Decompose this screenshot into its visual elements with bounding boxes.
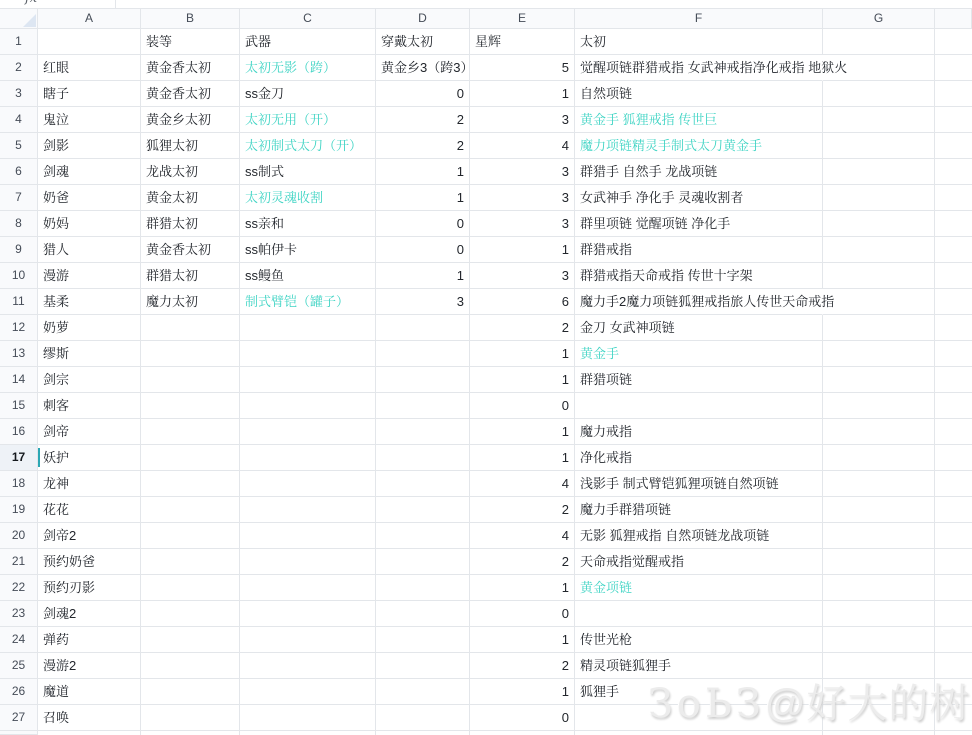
- cell-C23-weapon[interactable]: [240, 601, 376, 627]
- cell-C3-weapon[interactable]: ss金刀: [240, 81, 376, 107]
- cell-E16-star[interactable]: 1: [470, 419, 575, 445]
- cell-D25-wear[interactable]: [376, 653, 470, 679]
- row-header-20[interactable]: 20: [0, 523, 38, 549]
- cell-E18-star[interactable]: 4: [470, 471, 575, 497]
- column-header-A[interactable]: A: [38, 9, 141, 29]
- cell-G22[interactable]: [823, 575, 935, 601]
- cell-D3-wear[interactable]: 0: [376, 81, 470, 107]
- cell-B2-gear[interactable]: 黄金香太初: [141, 55, 240, 81]
- cell-D2-wear[interactable]: 黄金乡3（跨3）: [376, 55, 470, 81]
- table-row: 23剑魂20: [0, 601, 972, 627]
- cell-B10-gear[interactable]: 群猎太初: [141, 263, 240, 289]
- row-header-22[interactable]: 22: [0, 575, 38, 601]
- cell-A25-name[interactable]: 漫游2: [38, 653, 141, 679]
- cell-partial[interactable]: [935, 315, 972, 341]
- cell-D1-header-wear[interactable]: 穿戴太初: [376, 29, 470, 55]
- cell-partial[interactable]: [935, 81, 972, 107]
- cell-E15-star[interactable]: 0: [470, 393, 575, 419]
- cell-C10-weapon[interactable]: ss鳗鱼: [240, 263, 376, 289]
- cell-D15-wear[interactable]: [376, 393, 470, 419]
- row-header-16[interactable]: 16: [0, 419, 38, 445]
- row-header-4[interactable]: 4: [0, 107, 38, 133]
- cell-G4[interactable]: [823, 107, 935, 133]
- row-header-27[interactable]: 27: [0, 705, 38, 731]
- cell-F2-taichu[interactable]: 觉醒项链群猎戒指 女武神戒指净化戒指 地狱火: [575, 55, 823, 81]
- cell-E13-star[interactable]: 1: [470, 341, 575, 367]
- cell-B3-gear[interactable]: 黄金香太初: [141, 81, 240, 107]
- cell-E23-star[interactable]: 0: [470, 601, 575, 627]
- cell-D10-wear[interactable]: 1: [376, 263, 470, 289]
- cell-G19[interactable]: [823, 497, 935, 523]
- cell-partial[interactable]: [935, 575, 972, 601]
- cell-G23[interactable]: [823, 601, 935, 627]
- table-row: 3瞎子黄金香太初ss金刀01自然项链: [0, 81, 972, 107]
- cell-E26-star[interactable]: 1: [470, 679, 575, 705]
- cell-F22-taichu[interactable]: 黄金项链: [575, 575, 823, 601]
- table-row: 4鬼泣黄金乡太初太初无用（开）23黄金手 狐狸戒指 传世巨: [0, 107, 972, 133]
- table-row: 5剑影狐狸太初太初制式太刀（开）24魔力项链精灵手制式太刀黄金手: [0, 133, 972, 159]
- row-header-8[interactable]: 8: [0, 211, 38, 237]
- cell-G18[interactable]: [823, 471, 935, 497]
- cell-F15-taichu[interactable]: [575, 393, 823, 419]
- cell-F10-taichu[interactable]: 群猎戒指天命戒指 传世十字架: [575, 263, 823, 289]
- cell-F11-taichu[interactable]: 魔力手2魔力项链狐狸戒指旅人传世天命戒指: [575, 289, 823, 315]
- cell-A7-name[interactable]: 奶爸: [38, 185, 141, 211]
- cell-D13-wear[interactable]: [376, 341, 470, 367]
- cell-C20-weapon[interactable]: [240, 523, 376, 549]
- table-row: 22预约刃影1黄金项链: [0, 575, 972, 601]
- cell-C5-weapon[interactable]: 太初制式太刀（开）: [240, 133, 376, 159]
- cell-E11-star[interactable]: 6: [470, 289, 575, 315]
- cell-C12-weapon[interactable]: [240, 315, 376, 341]
- cell-E12-star[interactable]: 2: [470, 315, 575, 341]
- cell-B22-gear[interactable]: [141, 575, 240, 601]
- cell-F1-header-taichu[interactable]: 太初: [575, 29, 823, 55]
- cell-G6[interactable]: [823, 159, 935, 185]
- cell-F24-taichu[interactable]: 传世光枪: [575, 627, 823, 653]
- cell-D4-wear[interactable]: 2: [376, 107, 470, 133]
- cell-partial-D[interactable]: [376, 731, 470, 735]
- cell-A11-name[interactable]: 基柔: [38, 289, 141, 315]
- cell-C8-weapon[interactable]: ss亲和: [240, 211, 376, 237]
- row-header-14[interactable]: 14: [0, 367, 38, 393]
- cell-A26-name[interactable]: 魔道: [38, 679, 141, 705]
- cell-C6-weapon[interactable]: ss制式: [240, 159, 376, 185]
- table-row: 10漫游群猎太初ss鳗鱼13群猎戒指天命戒指 传世十字架: [0, 263, 972, 289]
- cell-D24-wear[interactable]: [376, 627, 470, 653]
- cell-partial[interactable]: [935, 393, 972, 419]
- cell-F3-taichu[interactable]: 自然项链: [575, 81, 823, 107]
- cell-partial-F[interactable]: [575, 731, 823, 735]
- select-all-corner[interactable]: [0, 9, 38, 29]
- cell-E5-star[interactable]: 4: [470, 133, 575, 159]
- cell-partial-C[interactable]: [240, 731, 376, 735]
- edit-caret: [38, 448, 40, 467]
- table-row: 13缪斯1黄金手: [0, 341, 972, 367]
- cell-C14-weapon[interactable]: [240, 367, 376, 393]
- cell-C18-weapon[interactable]: [240, 471, 376, 497]
- cell-G24[interactable]: [823, 627, 935, 653]
- row-header-5[interactable]: 5: [0, 133, 38, 159]
- cell-C7-weapon[interactable]: 太初灵魂收割: [240, 185, 376, 211]
- cell-partial[interactable]: [935, 497, 972, 523]
- cell-D17-wear[interactable]: [376, 445, 470, 471]
- cell-partial[interactable]: [935, 471, 972, 497]
- cell-C2-weapon[interactable]: 太初无影（跨）: [240, 55, 376, 81]
- cell-partial[interactable]: [935, 211, 972, 237]
- cell-partial[interactable]: [935, 549, 972, 575]
- cell-B1-header-gear[interactable]: 装等: [141, 29, 240, 55]
- column-header-G[interactable]: G: [823, 9, 935, 29]
- cell-G10[interactable]: [823, 263, 935, 289]
- table-row: 26魔道1狐狸手: [0, 679, 972, 705]
- cell-partial-G[interactable]: [823, 731, 935, 735]
- cell-D18-wear[interactable]: [376, 471, 470, 497]
- cell-B20-gear[interactable]: [141, 523, 240, 549]
- cell-C13-weapon[interactable]: [240, 341, 376, 367]
- cell-G25[interactable]: [823, 653, 935, 679]
- cell-E4-star[interactable]: 3: [470, 107, 575, 133]
- cell-partial-B[interactable]: [141, 731, 240, 735]
- cell-E3-star[interactable]: 1: [470, 81, 575, 107]
- cell-F8-taichu[interactable]: 群里项链 觉醒项链 净化手: [575, 211, 823, 237]
- column-header-D[interactable]: D: [376, 9, 470, 29]
- cell-A15-name[interactable]: 刺客: [38, 393, 141, 419]
- cell-A22-name[interactable]: 预约刃影: [38, 575, 141, 601]
- cell-partial[interactable]: [935, 445, 972, 471]
- row-header-1[interactable]: 1: [0, 29, 38, 55]
- cell-F12-taichu[interactable]: 金刀 女武神项链: [575, 315, 823, 341]
- cell-E1-header-star[interactable]: 星辉: [470, 29, 575, 55]
- cell-A16-name[interactable]: 剑帝: [38, 419, 141, 445]
- cell-E24-star[interactable]: 1: [470, 627, 575, 653]
- table-row: 7奶爸黄金太初太初灵魂收割13女武神手 净化手 灵魂收割者: [0, 185, 972, 211]
- cell-B7-gear[interactable]: 黄金太初: [141, 185, 240, 211]
- cell-D8-wear[interactable]: 0: [376, 211, 470, 237]
- cell-A13-name[interactable]: 缪斯: [38, 341, 141, 367]
- cell-D11-wear[interactable]: 3: [376, 289, 470, 315]
- cell-E7-star[interactable]: 3: [470, 185, 575, 211]
- cell-A2-name[interactable]: 红眼: [38, 55, 141, 81]
- column-header-F[interactable]: F: [575, 9, 823, 29]
- cell-partial[interactable]: [935, 627, 972, 653]
- cell-partial[interactable]: [935, 601, 972, 627]
- cell-G8[interactable]: [823, 211, 935, 237]
- cell-A24-name[interactable]: 弹药: [38, 627, 141, 653]
- cell-B9-gear[interactable]: 黄金香太初: [141, 237, 240, 263]
- column-header-E[interactable]: E: [470, 9, 575, 29]
- column-header-C[interactable]: C: [240, 9, 376, 29]
- cell-partial[interactable]: [935, 185, 972, 211]
- cell-G1[interactable]: [823, 29, 935, 55]
- cell-F18-taichu[interactable]: 浅影手 制式臂铠狐狸项链自然项链: [575, 471, 823, 497]
- cell-A6-name[interactable]: 剑魂: [38, 159, 141, 185]
- column-header-B[interactable]: B: [141, 9, 240, 29]
- cell-B26-gear[interactable]: [141, 679, 240, 705]
- cell-B19-gear[interactable]: [141, 497, 240, 523]
- cell-D7-wear[interactable]: 1: [376, 185, 470, 211]
- table-row: 19花花2魔力手群猎项链: [0, 497, 972, 523]
- cell-F20-taichu[interactable]: 无影 狐狸戒指 自然项链龙战项链: [575, 523, 823, 549]
- cell-partial-A[interactable]: [38, 731, 141, 735]
- cell-G9[interactable]: [823, 237, 935, 263]
- cell-D27-wear[interactable]: [376, 705, 470, 731]
- table-row: 25漫游22精灵项链狐狸手: [0, 653, 972, 679]
- column-header-partial[interactable]: [935, 9, 972, 29]
- cell-partial[interactable]: [935, 237, 972, 263]
- row-header-9[interactable]: 9: [0, 237, 38, 263]
- cell-C27-weapon[interactable]: [240, 705, 376, 731]
- cell-A4-name[interactable]: 鬼泣: [38, 107, 141, 133]
- formula-bar-divider: [115, 0, 116, 9]
- cell-D19-wear[interactable]: [376, 497, 470, 523]
- cell-E10-star[interactable]: 3: [470, 263, 575, 289]
- cell-D16-wear[interactable]: [376, 419, 470, 445]
- fx-icon: fx: [25, 0, 37, 6]
- column-header-row: ABCDEFG: [0, 9, 972, 29]
- cell-D22-wear[interactable]: [376, 575, 470, 601]
- spreadsheet-app: fx ABCDEFG 1装等武器穿戴太初星辉太初2红眼黄金香太初太初无影（跨）黄…: [0, 0, 972, 735]
- cell-D26-wear[interactable]: [376, 679, 470, 705]
- row-header-25[interactable]: 25: [0, 653, 38, 679]
- cell-A5-name[interactable]: 剑影: [38, 133, 141, 159]
- cell-B25-gear[interactable]: [141, 653, 240, 679]
- cell-C9-weapon[interactable]: ss帕伊卡: [240, 237, 376, 263]
- cell-A12-name[interactable]: 奶萝: [38, 315, 141, 341]
- table-row: 8奶妈群猎太初ss亲和03群里项链 觉醒项链 净化手: [0, 211, 972, 237]
- table-row: 1装等武器穿戴太初星辉太初: [0, 29, 972, 55]
- cell-F27-taichu[interactable]: [575, 705, 823, 731]
- cell-B11-gear[interactable]: 魔力太初: [141, 289, 240, 315]
- cell-G27[interactable]: [823, 705, 935, 731]
- row-header-6[interactable]: 6: [0, 159, 38, 185]
- cell-C24-weapon[interactable]: [240, 627, 376, 653]
- table-row: 21预约奶爸2天命戒指觉醒戒指: [0, 549, 972, 575]
- cell-partial-end[interactable]: [935, 731, 972, 735]
- cell-F23-taichu[interactable]: [575, 601, 823, 627]
- cell-A9-name[interactable]: 猎人: [38, 237, 141, 263]
- table-row: 12奶萝2金刀 女武神项链: [0, 315, 972, 341]
- table-row-partial: [0, 731, 972, 735]
- cell-A19-name[interactable]: 花花: [38, 497, 141, 523]
- cell-D6-wear[interactable]: 1: [376, 159, 470, 185]
- cell-C21-weapon[interactable]: [240, 549, 376, 575]
- cell-partial[interactable]: [935, 523, 972, 549]
- cell-E22-star[interactable]: 1: [470, 575, 575, 601]
- cell-G16[interactable]: [823, 419, 935, 445]
- formula-bar[interactable]: fx: [0, 0, 972, 9]
- cell-B18-gear[interactable]: [141, 471, 240, 497]
- row-header-3[interactable]: 3: [0, 81, 38, 107]
- cell-B6-gear[interactable]: 龙战太初: [141, 159, 240, 185]
- cell-B17-gear[interactable]: [141, 445, 240, 471]
- cell-C4-weapon[interactable]: 太初无用（开）: [240, 107, 376, 133]
- select-all-triangle-icon: [23, 14, 36, 27]
- cell-F25-taichu[interactable]: 精灵项链狐狸手: [575, 653, 823, 679]
- cell-E19-star[interactable]: 2: [470, 497, 575, 523]
- cell-partial[interactable]: [935, 133, 972, 159]
- cell-C15-weapon[interactable]: [240, 393, 376, 419]
- cell-C1-header-weapon[interactable]: 武器: [240, 29, 376, 55]
- cell-C19-weapon[interactable]: [240, 497, 376, 523]
- row-header-17[interactable]: 17: [0, 445, 38, 471]
- sheet-grid: ABCDEFG 1装等武器穿戴太初星辉太初2红眼黄金香太初太初无影（跨）黄金乡3…: [0, 9, 972, 735]
- cell-D23-wear[interactable]: [376, 601, 470, 627]
- table-row: 9猎人黄金香太初ss帕伊卡01群猎戒指: [0, 237, 972, 263]
- row-header-2[interactable]: 2: [0, 55, 38, 81]
- cell-F26-taichu[interactable]: 狐狸手: [575, 679, 823, 705]
- table-row: 24弹药1传世光枪: [0, 627, 972, 653]
- cell-E2-star[interactable]: 5: [470, 55, 575, 81]
- cell-C11-weapon[interactable]: 制式臂铠（罐子）: [240, 289, 376, 315]
- cell-F14-taichu[interactable]: 群猎项链: [575, 367, 823, 393]
- cell-D5-wear[interactable]: 2: [376, 133, 470, 159]
- cell-B23-gear[interactable]: [141, 601, 240, 627]
- cell-partial[interactable]: [935, 55, 972, 81]
- cell-E21-star[interactable]: 2: [470, 549, 575, 575]
- cell-E14-star[interactable]: 1: [470, 367, 575, 393]
- cell-E9-star[interactable]: 1: [470, 237, 575, 263]
- cell-D12-wear[interactable]: [376, 315, 470, 341]
- cell-G13[interactable]: [823, 341, 935, 367]
- cell-F17-taichu[interactable]: 净化戒指: [575, 445, 823, 471]
- cell-G26[interactable]: [823, 679, 935, 705]
- cell-A14-name[interactable]: 剑宗: [38, 367, 141, 393]
- cell-E17-star[interactable]: 1: [470, 445, 575, 471]
- row-header-24[interactable]: 24: [0, 627, 38, 653]
- cell-A17-name[interactable]: 妖护: [38, 445, 141, 471]
- row-header-28[interactable]: [0, 731, 38, 735]
- cell-B15-gear[interactable]: [141, 393, 240, 419]
- cell-B27-gear[interactable]: [141, 705, 240, 731]
- cell-F13-taichu[interactable]: 黄金手: [575, 341, 823, 367]
- cell-partial[interactable]: [935, 29, 972, 55]
- cell-F5-taichu[interactable]: 魔力项链精灵手制式太刀黄金手: [575, 133, 823, 159]
- cell-F9-taichu[interactable]: 群猎戒指: [575, 237, 823, 263]
- table-row: 2红眼黄金香太初太初无影（跨）黄金乡3（跨3）5觉醒项链群猎戒指 女武神戒指净化…: [0, 55, 972, 81]
- cell-partial[interactable]: [935, 289, 972, 315]
- row-header-23[interactable]: 23: [0, 601, 38, 627]
- cell-E27-star[interactable]: 0: [470, 705, 575, 731]
- cell-G20[interactable]: [823, 523, 935, 549]
- cell-E20-star[interactable]: 4: [470, 523, 575, 549]
- table-row: 15刺客0: [0, 393, 972, 419]
- cell-F4-taichu[interactable]: 黄金手 狐狸戒指 传世巨: [575, 107, 823, 133]
- table-row: 20剑帝24无影 狐狸戒指 自然项链龙战项链: [0, 523, 972, 549]
- cell-G17[interactable]: [823, 445, 935, 471]
- cell-A27-name[interactable]: 召唤: [38, 705, 141, 731]
- cell-G14[interactable]: [823, 367, 935, 393]
- cell-partial[interactable]: [935, 653, 972, 679]
- row-header-19[interactable]: 19: [0, 497, 38, 523]
- cell-partial[interactable]: [935, 679, 972, 705]
- cell-G5[interactable]: [823, 133, 935, 159]
- row-header-10[interactable]: 10: [0, 263, 38, 289]
- cell-partial[interactable]: [935, 107, 972, 133]
- cell-C16-weapon[interactable]: [240, 419, 376, 445]
- row-header-7[interactable]: 7: [0, 185, 38, 211]
- grid-rows: 1装等武器穿戴太初星辉太初2红眼黄金香太初太初无影（跨）黄金乡3（跨3）5觉醒项…: [0, 29, 972, 735]
- cell-partial[interactable]: [935, 419, 972, 445]
- row-header-11[interactable]: 11: [0, 289, 38, 315]
- cell-F6-taichu[interactable]: 群猎手 自然手 龙战项链: [575, 159, 823, 185]
- cell-partial[interactable]: [935, 341, 972, 367]
- cell-B21-gear[interactable]: [141, 549, 240, 575]
- table-row: 14剑宗1群猎项链: [0, 367, 972, 393]
- cell-F16-taichu[interactable]: 魔力戒指: [575, 419, 823, 445]
- cell-B24-gear[interactable]: [141, 627, 240, 653]
- cell-A23-name[interactable]: 剑魂2: [38, 601, 141, 627]
- cell-partial[interactable]: [935, 263, 972, 289]
- cell-A20-name[interactable]: 剑帝2: [38, 523, 141, 549]
- cell-D20-wear[interactable]: [376, 523, 470, 549]
- table-row: 27召唤0: [0, 705, 972, 731]
- row-header-21[interactable]: 21: [0, 549, 38, 575]
- cell-C17-weapon[interactable]: [240, 445, 376, 471]
- cell-F21-taichu[interactable]: 天命戒指觉醒戒指: [575, 549, 823, 575]
- cell-partial[interactable]: [935, 367, 972, 393]
- cell-C25-weapon[interactable]: [240, 653, 376, 679]
- cell-D21-wear[interactable]: [376, 549, 470, 575]
- table-row: 16剑帝1魔力戒指: [0, 419, 972, 445]
- table-row: 17妖护1净化戒指: [0, 445, 972, 471]
- cell-C26-weapon[interactable]: [240, 679, 376, 705]
- cell-F19-taichu[interactable]: 魔力手群猎项链: [575, 497, 823, 523]
- cell-F7-taichu[interactable]: 女武神手 净化手 灵魂收割者: [575, 185, 823, 211]
- cell-B4-gear[interactable]: 黄金乡太初: [141, 107, 240, 133]
- cell-G12[interactable]: [823, 315, 935, 341]
- row-header-12[interactable]: 12: [0, 315, 38, 341]
- row-header-18[interactable]: 18: [0, 471, 38, 497]
- cell-A1[interactable]: [38, 29, 141, 55]
- cell-D9-wear[interactable]: 0: [376, 237, 470, 263]
- cell-B8-gear[interactable]: 群猎太初: [141, 211, 240, 237]
- cell-E25-star[interactable]: 2: [470, 653, 575, 679]
- cell-A8-name[interactable]: 奶妈: [38, 211, 141, 237]
- row-header-15[interactable]: 15: [0, 393, 38, 419]
- cell-partial[interactable]: [935, 705, 972, 731]
- cell-B16-gear[interactable]: [141, 419, 240, 445]
- cell-A21-name[interactable]: 预约奶爸: [38, 549, 141, 575]
- row-header-13[interactable]: 13: [0, 341, 38, 367]
- table-row: 6剑魂龙战太初ss制式13群猎手 自然手 龙战项链: [0, 159, 972, 185]
- cell-B14-gear[interactable]: [141, 367, 240, 393]
- cell-G7[interactable]: [823, 185, 935, 211]
- cell-A18-name[interactable]: 龙神: [38, 471, 141, 497]
- cell-B5-gear[interactable]: 狐狸太初: [141, 133, 240, 159]
- cell-partial[interactable]: [935, 159, 972, 185]
- cell-G21[interactable]: [823, 549, 935, 575]
- table-row: 11基柔魔力太初制式臂铠（罐子）36魔力手2魔力项链狐狸戒指旅人传世天命戒指: [0, 289, 972, 315]
- cell-G15[interactable]: [823, 393, 935, 419]
- cell-G11[interactable]: [823, 289, 935, 315]
- cell-B12-gear[interactable]: [141, 315, 240, 341]
- row-header-26[interactable]: 26: [0, 679, 38, 705]
- cell-E8-star[interactable]: 3: [470, 211, 575, 237]
- cell-C22-weapon[interactable]: [240, 575, 376, 601]
- cell-A10-name[interactable]: 漫游: [38, 263, 141, 289]
- cell-D14-wear[interactable]: [376, 367, 470, 393]
- cell-partial-E[interactable]: [470, 731, 575, 735]
- cell-E6-star[interactable]: 3: [470, 159, 575, 185]
- table-row: 18龙神4浅影手 制式臂铠狐狸项链自然项链: [0, 471, 972, 497]
- cell-G3[interactable]: [823, 81, 935, 107]
- cell-B13-gear[interactable]: [141, 341, 240, 367]
- cell-A3-name[interactable]: 瞎子: [38, 81, 141, 107]
